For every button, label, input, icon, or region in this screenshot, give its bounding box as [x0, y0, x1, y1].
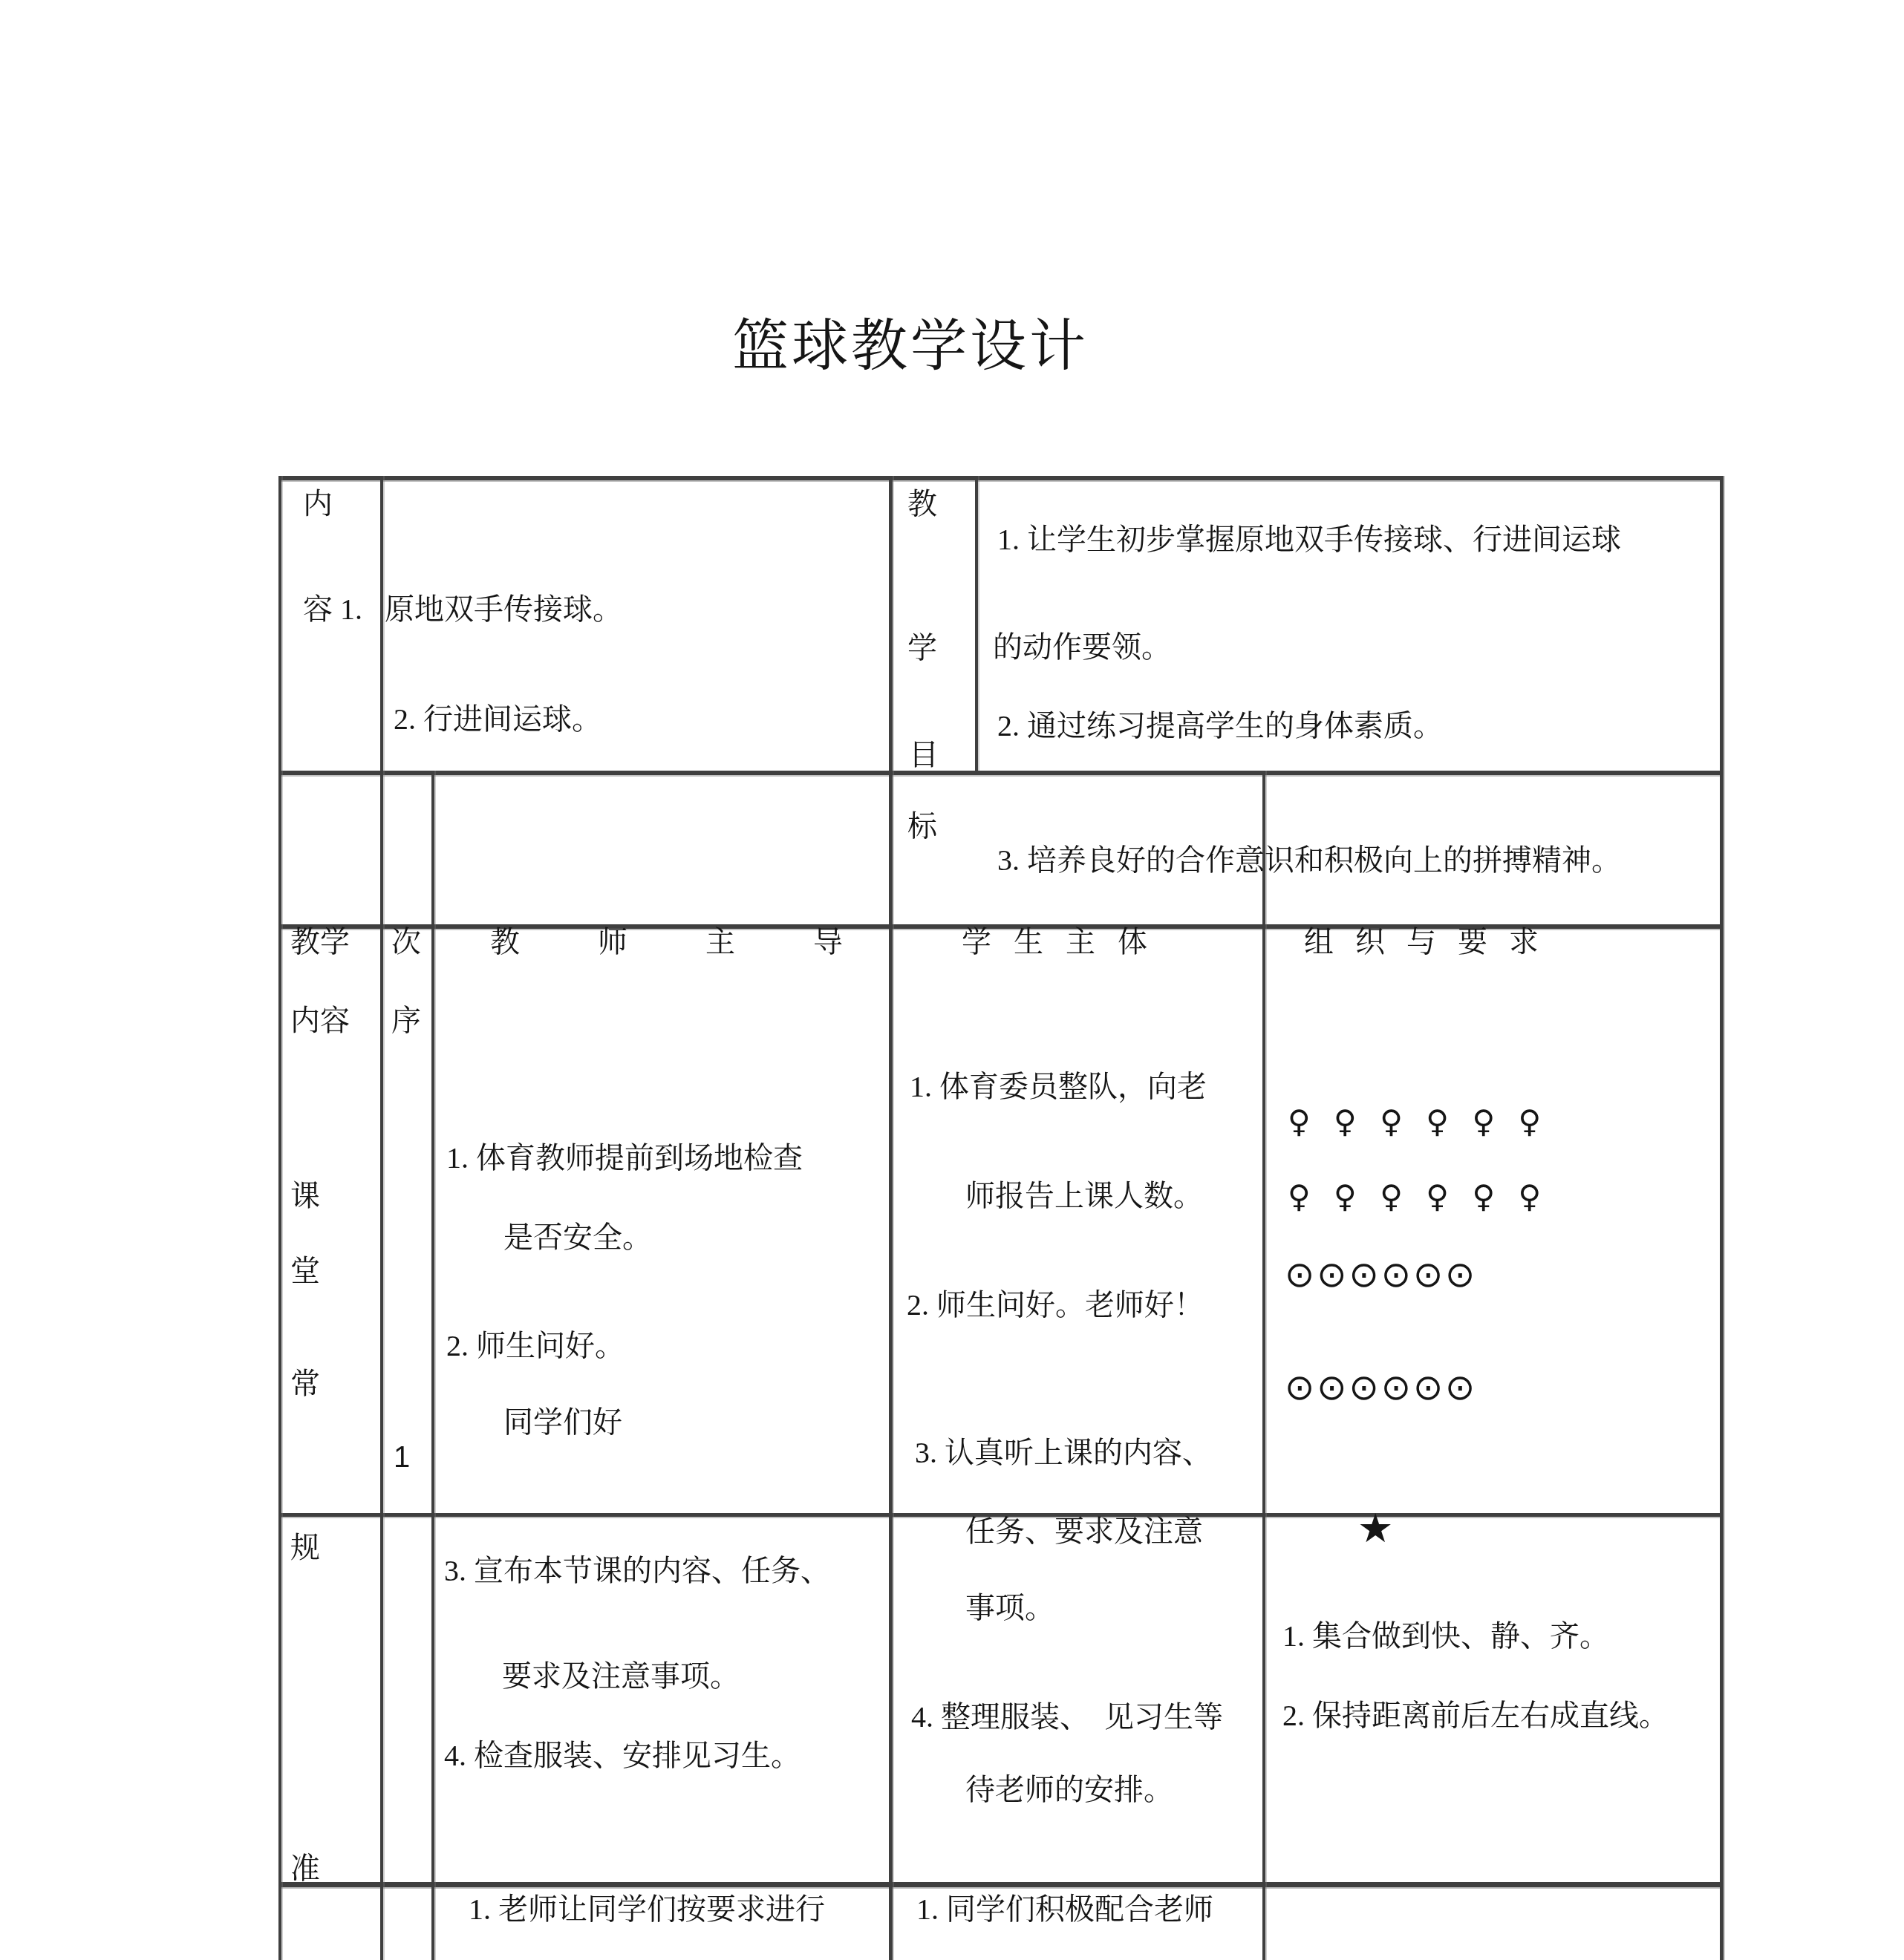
teacher-step-2: 2. 师生问好。 [446, 1329, 625, 1363]
objectives-label-char-1: 教 [907, 487, 937, 521]
organization-requirement-2: 2. 保持距离前后左右成直线。 [1282, 1699, 1669, 1733]
student-step-4b: 待老师的安排。 [965, 1773, 1173, 1807]
content-item-2: 2. 行进间运球。 [394, 702, 601, 736]
page-title: 篮球教学设计 [732, 315, 1089, 379]
header-student: 学生主体 [962, 925, 1170, 959]
teacher-step-3b: 要求及注意事项。 [502, 1659, 740, 1693]
stage-char-5: 准 [290, 1852, 320, 1886]
table-border-row3 [278, 1882, 1723, 1887]
teacher-step-1: 1. 体育教师提前到场地检查 [446, 1141, 803, 1175]
objectives-label-char-2: 学 [907, 631, 937, 665]
student-step-1b: 师报告上课人数。 [965, 1179, 1203, 1213]
divider-objective-label [975, 476, 978, 771]
table-border-right [1720, 476, 1724, 1960]
student-step-4: 4. 整理服装、 见习生等 [911, 1700, 1223, 1734]
divider-sequence [431, 771, 434, 1960]
divider-content-label [380, 476, 383, 1960]
student-step-3b: 任务、要求及注意 [965, 1515, 1203, 1549]
stage-char-4: 规 [290, 1531, 320, 1565]
header-teacher: 教师主导 [490, 925, 921, 959]
table-border-left [278, 476, 281, 1960]
teacher-step-4: 4. 检查服装、安排见习生。 [444, 1739, 801, 1773]
objective-line-2: 的动作要领。 [993, 630, 1171, 664]
student-step-1: 1. 体育委员整队，向老 [910, 1070, 1207, 1104]
teacher-step-3: 3. 宣布本节课的内容、任务、 [444, 1554, 830, 1588]
formation-circle-row-2: ⊙⊙⊙⊙⊙⊙ [1285, 1368, 1477, 1408]
content-label-char-1: 内 [303, 487, 333, 521]
divider-teacher-student [889, 476, 893, 1960]
objective-line-4: 3. 培养良好的合作意识和积极向上的拼搏精神。 [997, 843, 1621, 878]
header-content-top: 教学 [290, 925, 350, 959]
objectives-label-char-3: 目 [909, 738, 939, 772]
header-sequence-top: 次 [391, 925, 421, 959]
formation-female-row-2: ♀ ♀ ♀ ♀ ♀ ♀ [1288, 1179, 1548, 1215]
organization-requirement-1: 1. 集合做到快、静、齐。 [1282, 1619, 1609, 1653]
lesson-plan-document: 篮球教学设计 内 容 1. 原地双手传接球。 2. 行进间运球。 教 学 目 标… [0, 0, 1904, 1960]
student-step-2: 2. 师生问好。老师好！ [907, 1288, 1204, 1322]
stage-char-2: 堂 [290, 1254, 320, 1288]
stage-char-1: 课 [290, 1179, 320, 1213]
table-border-top [278, 476, 1723, 480]
objective-line-1: 1. 让学生初步掌握原地双手传接球、行进间运球 [997, 523, 1621, 557]
content-label-char-2: 容 1. [303, 592, 362, 627]
formation-female-row-1: ♀ ♀ ♀ ♀ ♀ ♀ [1288, 1104, 1548, 1140]
objective-line-3: 2. 通过练习提高学生的身体素质。 [997, 709, 1443, 743]
divider-student-organization [1262, 771, 1265, 1960]
teacher-next-step-1: 1. 老师让同学们按要求进行 [469, 1892, 825, 1927]
content-item-1: 原地双手传接球。 [385, 592, 622, 627]
stage-char-3: 常 [290, 1367, 320, 1401]
formation-circle-row-1: ⊙⊙⊙⊙⊙⊙ [1285, 1255, 1477, 1296]
table-border-row1 [278, 771, 1723, 775]
header-sequence-bottom: 序 [391, 1004, 421, 1038]
header-organization: 组织与要求 [1304, 925, 1560, 959]
objectives-label-char-4: 标 [907, 809, 937, 843]
teacher-step-1b: 是否安全。 [503, 1221, 652, 1255]
star-icon: ★ [1357, 1506, 1393, 1552]
student-step-3: 3. 认真听上课的内容、 [915, 1436, 1212, 1470]
teacher-step-2b: 同学们好 [503, 1405, 622, 1440]
header-content-bottom: 内容 [290, 1004, 350, 1038]
student-next-step-1: 1. 同学们积极配合老师 [916, 1892, 1213, 1927]
student-step-3c: 事项。 [965, 1591, 1054, 1625]
sequence-number: 1 [394, 1440, 410, 1474]
